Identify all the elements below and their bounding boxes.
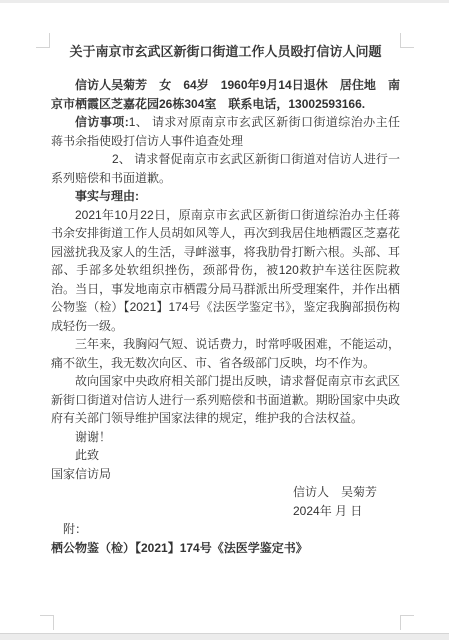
fact-paragraph: 三年来，我胸闷气短、说话费力，时常呼吸困难，不能运动，痛不欲生，我无数次向区、市… [51,335,400,372]
fact-paragraph: 故向国家中央政府相关部门提出反映，请求督促南京市玄武区新街口街道对信访人进行一系… [51,372,400,428]
page-bottom-edge [0,633,449,640]
petitioner-info: 信访人吴菊芳 女 64岁 1960年9月14日退休 居住地 南京市栖霞区芝嘉花园… [51,76,400,113]
doc-title: 关于南京市玄武区新街口街道工作人员殴打信访人问题 [51,42,400,62]
signer-line: 信访人 吴菊芳 [51,483,400,502]
margin-crop-mark-bottom-right [400,615,414,630]
attachment-label: 附： [51,520,400,539]
margin-crop-mark-top-left [36,33,50,48]
document-page: { "doc": { "title": "关于南京市玄武区新街口街道工作人员殴打… [0,0,449,640]
thanks-line: 谢谢！ [51,428,400,447]
salute-line: 此致 [51,446,400,465]
page-top-edge [0,0,449,3]
margin-crop-mark-bottom-left [40,615,54,630]
fact-paragraph: 2021年10月22日，原南京市玄武区新街口街道综治办主任蒋书余安排街道工作人员… [51,206,400,336]
matters-label: 信访事项: [75,115,129,129]
attachment-title: 栖公物鉴（检）【2021】174号《法医学鉴定书》 [51,539,400,558]
margin-crop-mark-top-right [400,33,414,48]
facts-heading: 事实与理由: [51,187,400,206]
date-line: 2024年 月 日 [51,502,400,521]
petition-matters: 信访事项:1、 请求对原南京市玄武区新街口街道综治办主任蒋书余指使殴打信访人事件… [51,113,400,150]
document-content: 关于南京市玄武区新街口街道工作人员殴打信访人问题 信访人吴菊芳 女 64岁 19… [51,42,400,557]
matter-item-2: 2、 请求督促南京市玄武区新街口街道对信访人进行一系列赔偿和书面道歉。 [51,150,400,187]
recipient-line: 国家信访局 [51,465,400,484]
